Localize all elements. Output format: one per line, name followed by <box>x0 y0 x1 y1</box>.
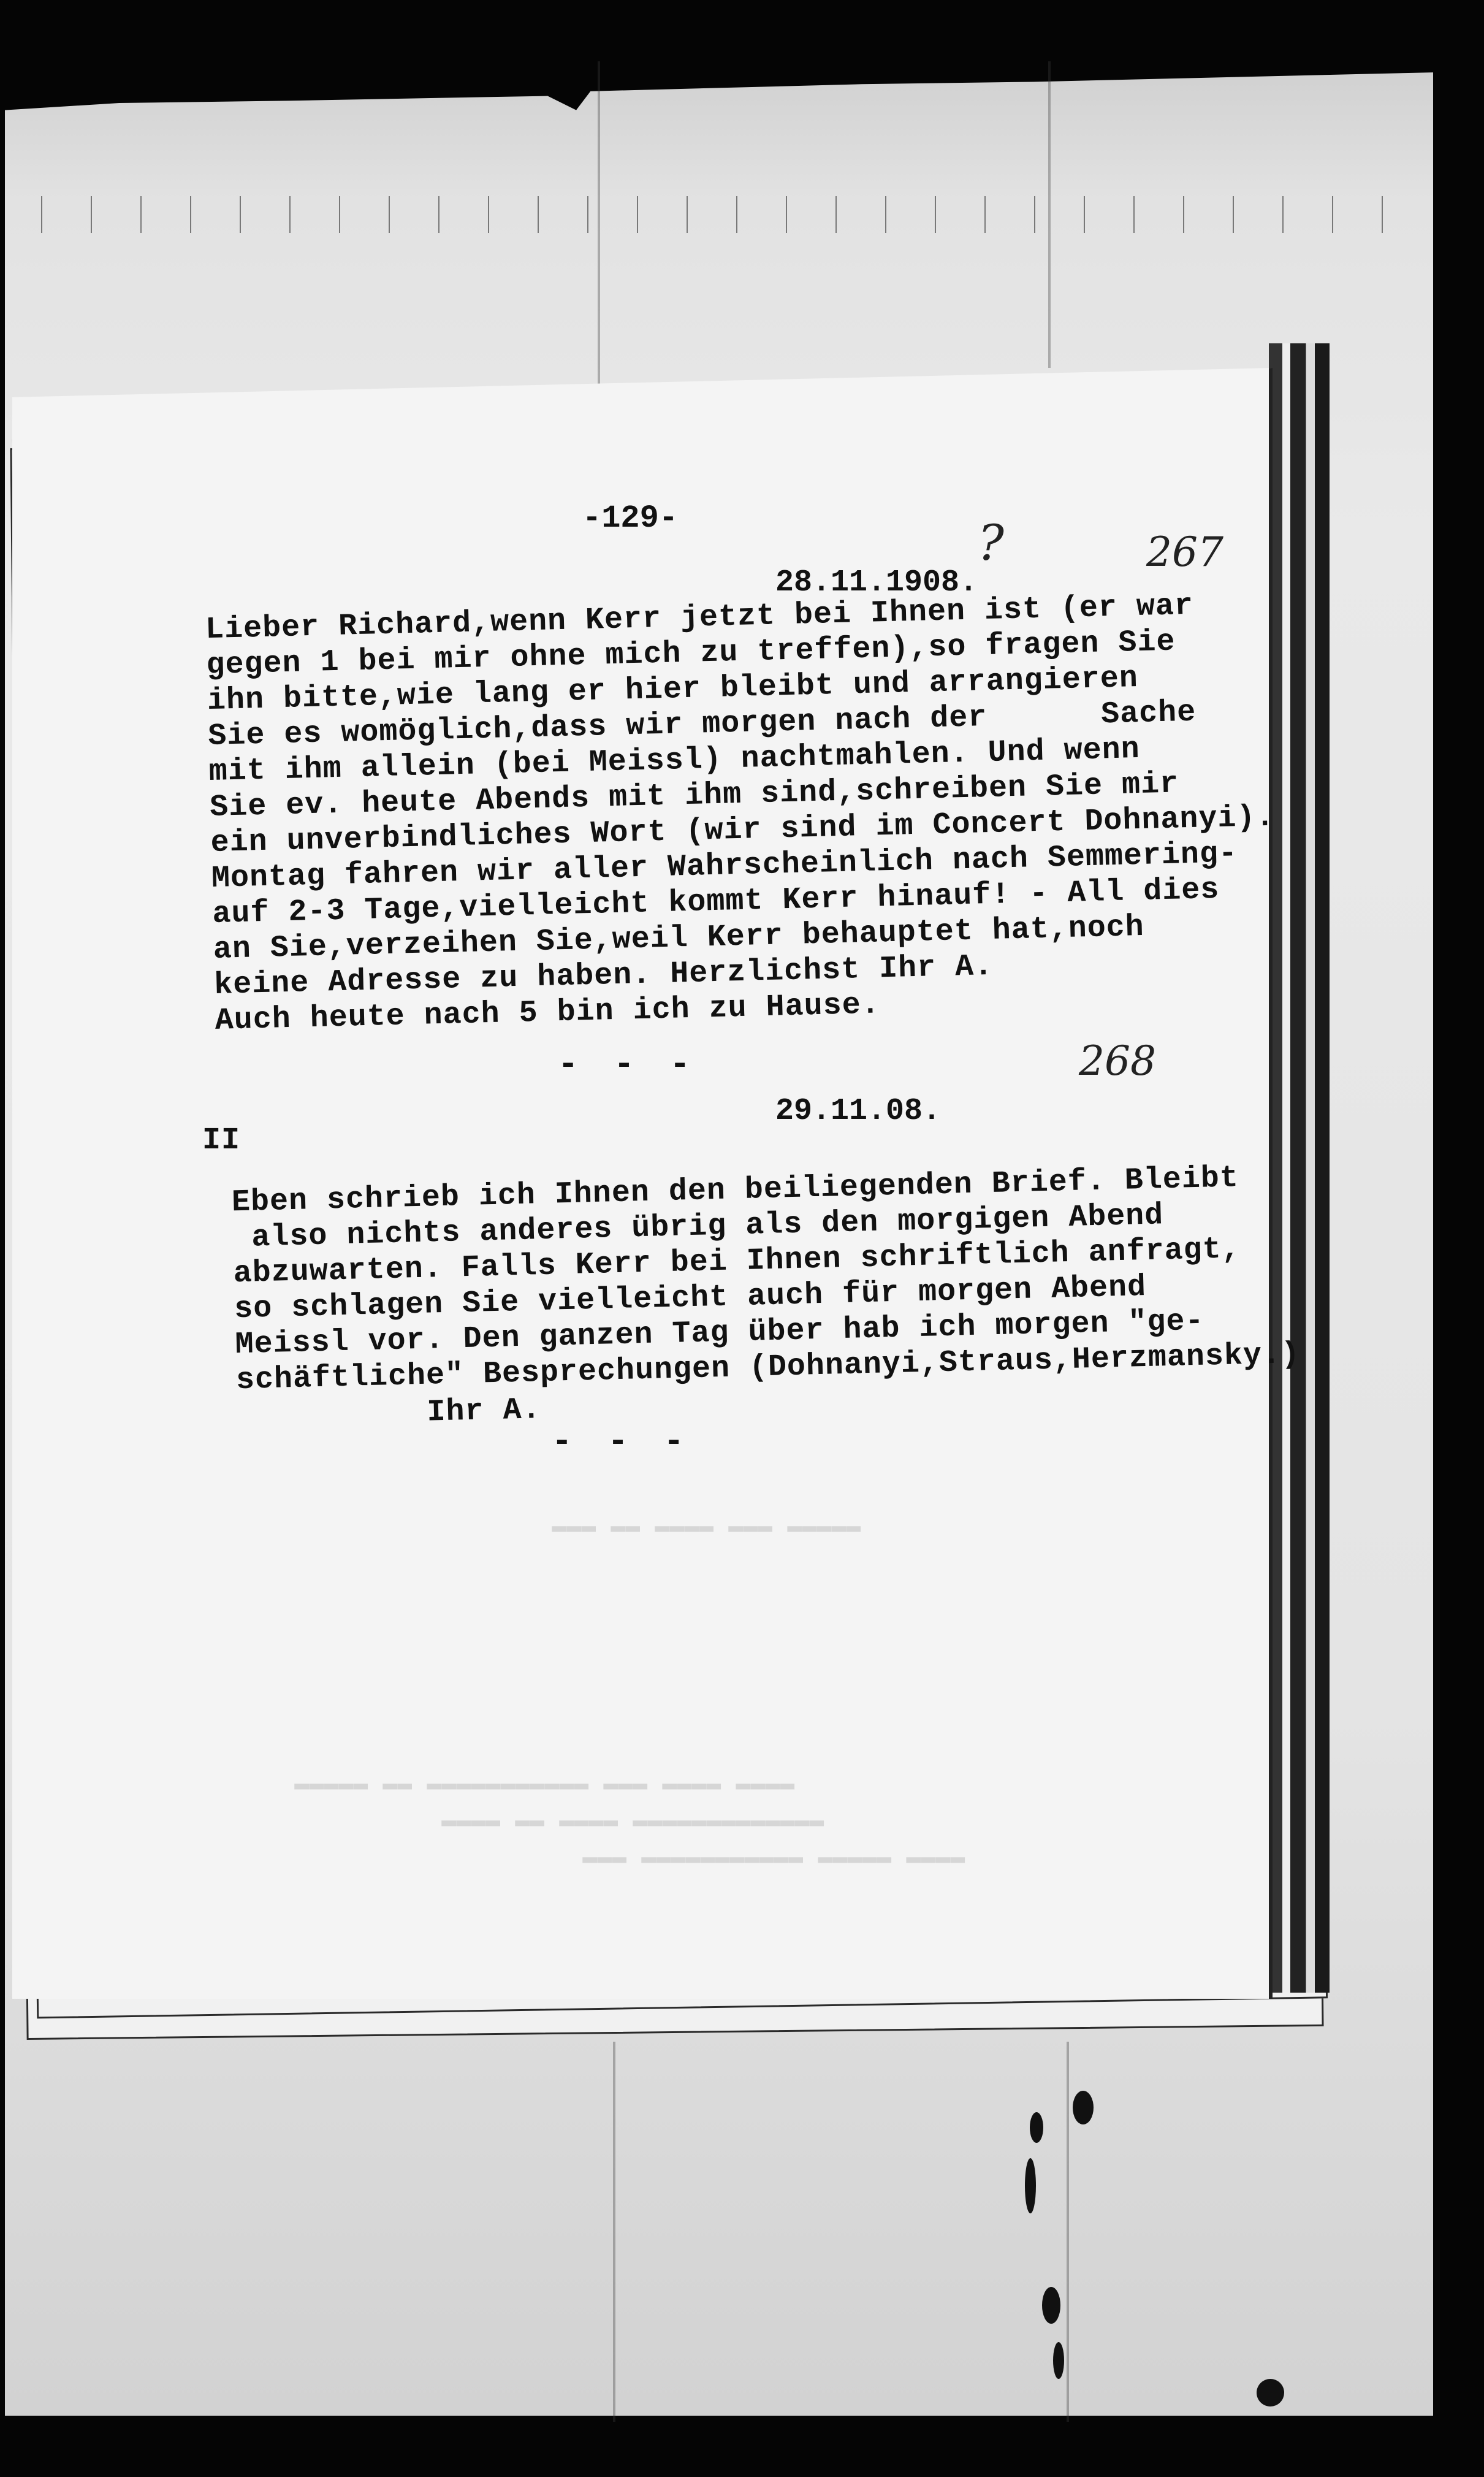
date-question-mark: ? <box>978 524 1004 562</box>
letter-2-date: 29.11.08. <box>775 1093 941 1131</box>
bleed-through-text: ▬▬▬▬▬ ▬▬ ▬▬▬▬▬▬▬▬▬▬▬ ▬▬▬ ▬▬▬▬ ▬▬▬▬ <box>294 1766 794 1804</box>
letter-content: -129- 28.11.1908. ? 267 Lieber Richard,w… <box>0 0 1484 2477</box>
archive-number-268: 268 <box>1079 1042 1156 1080</box>
bleed-through-text: ▬▬▬ ▬▬ ▬▬▬▬ ▬▬▬ ▬▬▬▬▬ <box>552 1508 861 1546</box>
page-number: -129- <box>582 500 678 538</box>
bleed-through-text: ▬▬▬ ▬▬▬▬▬▬▬▬▬▬▬ ▬▬▬▬▬ ▬▬▬▬ <box>582 1839 965 1877</box>
signature: Ihr A. <box>237 1391 541 1437</box>
letter-numeral: II <box>202 1122 240 1160</box>
bleed-through-text: ▬▬▬▬ ▬▬ ▬▬▬▬ ▬▬▬▬▬▬▬▬▬▬▬▬▬ <box>441 1803 824 1841</box>
separator: - - - <box>558 1045 698 1083</box>
separator: - - - <box>552 1422 691 1460</box>
archive-number-267: 267 <box>1146 533 1223 571</box>
